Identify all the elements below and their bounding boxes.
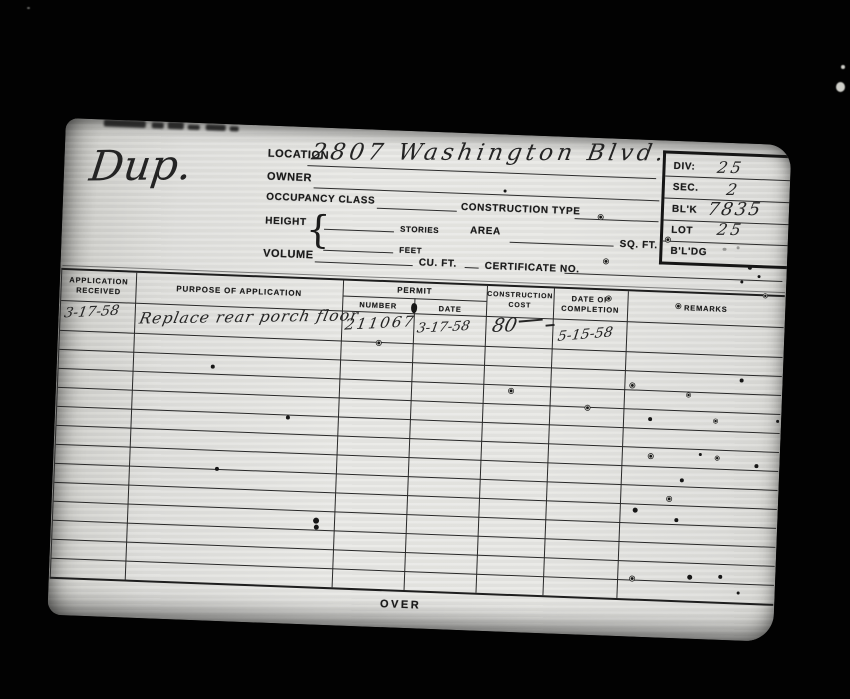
punch-dot <box>504 189 507 192</box>
certificate-gap-line <box>465 267 479 269</box>
punch-dot <box>757 275 760 278</box>
punch-dot <box>776 420 779 423</box>
punch-dot <box>722 248 726 251</box>
construction-type-label: CONSTRUCTION TYPE <box>461 202 581 217</box>
area-line <box>510 242 614 247</box>
cuft-label: CU. FT. <box>419 257 457 269</box>
lot-label: LOT <box>671 225 693 237</box>
volume-label: VOLUME <box>263 247 314 261</box>
punch-dot <box>603 258 609 264</box>
cost-dash-mark <box>519 319 543 323</box>
feet-line <box>323 250 393 254</box>
sqft-label: SQ. FT. <box>619 239 657 251</box>
col-header-construction: CONSTRUCTION <box>487 291 554 301</box>
blk-value: 7835 <box>706 199 764 220</box>
area-label: AREA <box>470 225 501 237</box>
punch-dot <box>748 266 752 270</box>
location-value: 2807 Washington Blvd. <box>310 139 670 166</box>
stories-label: STORIES <box>400 225 439 235</box>
entry-completion: 5-15-58 <box>557 324 614 344</box>
col-header-cost: COST <box>486 301 553 311</box>
location-line <box>307 165 656 179</box>
punch-dot <box>737 591 740 594</box>
edge-smudge <box>152 122 164 128</box>
punch-dot <box>737 246 740 249</box>
over-footer: OVER <box>380 598 422 612</box>
div-label: DIV: <box>673 161 695 173</box>
col-header-purpose: PURPOSE OF APPLICATION <box>136 283 343 300</box>
punch-dot <box>716 152 719 155</box>
bldg-label: B'L'DG <box>670 246 707 258</box>
col-header-completion: COMPLETION <box>553 303 627 315</box>
sec-label: SEC. <box>673 182 699 194</box>
building-permit-card: Dup. LOCATION 2807 Washington Blvd. OWNE… <box>47 118 791 642</box>
entry-received: 3-17-58 <box>63 303 121 322</box>
occupancy-class-label: OCCUPANCY CLASS <box>266 192 376 207</box>
volume-line <box>315 261 413 266</box>
handwritten-dup-note: Dup. <box>87 140 195 190</box>
lot-value: 25 <box>716 220 746 239</box>
feet-label: FEET <box>399 246 422 256</box>
entry-permit-number: 211067 <box>343 312 416 333</box>
owner-label: OWNER <box>267 171 313 185</box>
microfilm-scan: { "scan": { "handwritten_note": "Dup.", … <box>0 0 850 699</box>
punch-dot <box>699 453 702 456</box>
film-speck <box>841 65 845 69</box>
certificate-line <box>565 273 783 282</box>
sec-value: 2 <box>725 180 739 199</box>
col-header-remarks: REMARKS <box>627 301 784 316</box>
edge-smudge <box>230 126 239 131</box>
parcel-info-box: DIV: 25 SEC. 2 BL'K 7835 LOT 25 B'L'DG <box>659 150 792 269</box>
col-header-received: RECEIVED <box>61 285 135 297</box>
stories-line <box>324 229 394 233</box>
edge-smudge <box>168 122 184 130</box>
edge-smudge <box>206 124 226 131</box>
occupancy-class-line <box>377 208 457 212</box>
permit-table: APPLICATION RECEIVED PURPOSE OF APPLICAT… <box>50 268 785 606</box>
punch-dot <box>740 280 743 283</box>
construction-type-line <box>575 218 659 222</box>
div-value: 25 <box>716 158 746 177</box>
film-speck <box>27 7 30 9</box>
edge-smudge <box>104 119 146 128</box>
edge-smudge <box>188 125 200 130</box>
film-speck <box>836 82 845 92</box>
entry-permit-date: 3-17-58 <box>416 318 472 336</box>
height-label: HEIGHT <box>265 216 307 229</box>
blk-label: BL'K <box>672 204 698 216</box>
